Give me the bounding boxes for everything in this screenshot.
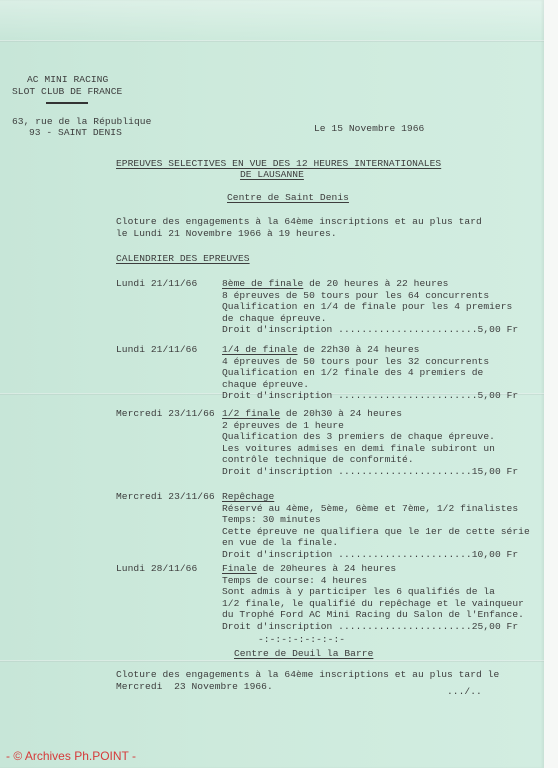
closing-text-line2: le Lundi 21 Novembre 1966 à 19 heures. — [116, 228, 337, 240]
event-detail-line: Qualification en 1/2 finale des 4 premie… — [222, 367, 483, 379]
event-detail-line: 2 épreuves de 1 heure — [222, 420, 344, 432]
event-detail-line: Temps: 30 minutes — [222, 514, 321, 526]
address-line2: 93 - SAINT DENIS — [29, 127, 122, 139]
closing-text-line1: Cloture des engagements à la 64ème inscr… — [116, 216, 482, 228]
event-detail-line: 8 épreuves de 50 tours pour les 64 concu… — [222, 290, 489, 302]
address-line1: 63, rue de la République — [12, 116, 151, 128]
event-date: Lundi 21/11/66 — [116, 278, 197, 290]
fee-amount: 25,00 Fr — [472, 621, 518, 632]
event-date: Mercredi 23/11/66 — [116, 408, 215, 420]
centre-heading-deuil-la-barre: Centre de Deuil la Barre — [234, 648, 373, 660]
event-detail-line: 1/2 finale, le qualifié du repêchage et … — [222, 598, 524, 610]
event-detail-line: Qualification des 3 premiers de chaque é… — [222, 431, 495, 443]
event-detail-line: Cette épreuve ne qualifiera que le 1er d… — [222, 526, 530, 538]
closing2-text-line1: Cloture des engagements à la 64ème inscr… — [116, 669, 499, 681]
event-detail-line: en vue de la finale. — [222, 537, 338, 549]
fee-label: Droit d'inscription ....................… — [222, 324, 478, 335]
event-round-time: de 20h30 à 24 heures — [280, 408, 402, 419]
event-round-name: 1/4 de finale — [222, 344, 298, 355]
event-round-time: de 20heures à 24 heures — [257, 563, 396, 574]
paper-crease — [0, 40, 544, 42]
paper-crease — [0, 660, 544, 662]
event-round-line: Finale de 20heures à 24 heures — [222, 563, 396, 575]
document-title-line1: EPREUVES SELECTIVES EN VUE DES 12 HEURES… — [116, 158, 441, 170]
org-name-line1: AC MINI RACING — [27, 74, 108, 86]
event-round-name: Repêchage — [222, 491, 274, 502]
event-round-time: de 22h30 à 24 heures — [298, 344, 420, 355]
copyright-watermark: - © Archives Ph.POINT - — [6, 749, 136, 763]
event-round-line: 8ème de finale de 20 heures à 22 heures — [222, 278, 449, 290]
event-round-line: Repêchage — [222, 491, 274, 503]
letterhead-rule — [46, 102, 88, 104]
org-name-line2: SLOT CLUB DE FRANCE — [12, 86, 122, 98]
event-date: Lundi 21/11/66 — [116, 344, 197, 356]
fee-label: Droit d'inscription ....................… — [222, 621, 472, 632]
letter-date: Le 15 Novembre 1966 — [314, 123, 424, 135]
event-fee-line: Droit d'inscription ....................… — [222, 621, 518, 633]
event-round-line: 1/2 finale de 20h30 à 24 heures — [222, 408, 402, 420]
closing2-text-line2: Mercredi 23 Novembre 1966. — [116, 681, 273, 693]
event-round-name: Finale — [222, 563, 257, 574]
event-detail-line: Temps de course: 4 heures — [222, 575, 367, 587]
event-fee-line: Droit d'inscription ....................… — [222, 549, 518, 561]
event-round-name: 8ème de finale — [222, 278, 303, 289]
event-fee-line: Droit d'inscription ....................… — [222, 324, 518, 336]
event-round-time: de 20 heures à 22 heures — [303, 278, 448, 289]
fee-label: Droit d'inscription ....................… — [222, 549, 472, 560]
fee-label: Droit d'inscription ....................… — [222, 390, 478, 401]
fee-amount: 15,00 Fr — [472, 466, 518, 477]
event-detail-line: Qualification en 1/4 de finale pour les … — [222, 301, 512, 313]
event-detail-line: du Trophé Ford AC Mini Racing du Salon d… — [222, 609, 524, 621]
fee-amount: 5,00 Fr — [478, 324, 519, 335]
event-fee-line: Droit d'inscription ....................… — [222, 466, 518, 478]
document-page: AC MINI RACING SLOT CLUB DE FRANCE 63, r… — [0, 0, 544, 768]
event-round-line: 1/4 de finale de 22h30 à 24 heures — [222, 344, 419, 356]
event-detail-line: Sont admis à y participer les 6 qualifié… — [222, 586, 495, 598]
event-detail-line: de chaque épreuve. — [222, 313, 327, 325]
centre-heading-saint-denis: Centre de Saint Denis — [227, 192, 349, 204]
event-date: Lundi 28/11/66 — [116, 563, 197, 575]
event-date: Mercredi 23/11/66 — [116, 491, 215, 503]
event-detail-line: contrôle technique de conformité. — [222, 454, 414, 466]
separator: -:-:-:-:-:-:-:- — [258, 634, 345, 646]
calendar-heading: CALENDRIER DES EPREUVES — [116, 253, 250, 265]
event-detail-line: 4 épreuves de 50 tours pour les 32 concu… — [222, 356, 489, 368]
document-title-line2: DE LAUSANNE — [240, 169, 304, 181]
fee-label: Droit d'inscription ....................… — [222, 466, 472, 477]
event-detail-line: Les voitures admises en demi finale subi… — [222, 443, 495, 455]
event-detail-line: Réservé au 4ème, 5ème, 6ème et 7ème, 1/2… — [222, 503, 518, 515]
event-detail-line: chaque épreuve. — [222, 379, 309, 391]
event-fee-line: Droit d'inscription ....................… — [222, 390, 518, 402]
event-round-name: 1/2 finale — [222, 408, 280, 419]
continuation-mark: .../.. — [447, 686, 482, 698]
fee-amount: 5,00 Fr — [478, 390, 519, 401]
fee-amount: 10,00 Fr — [472, 549, 518, 560]
